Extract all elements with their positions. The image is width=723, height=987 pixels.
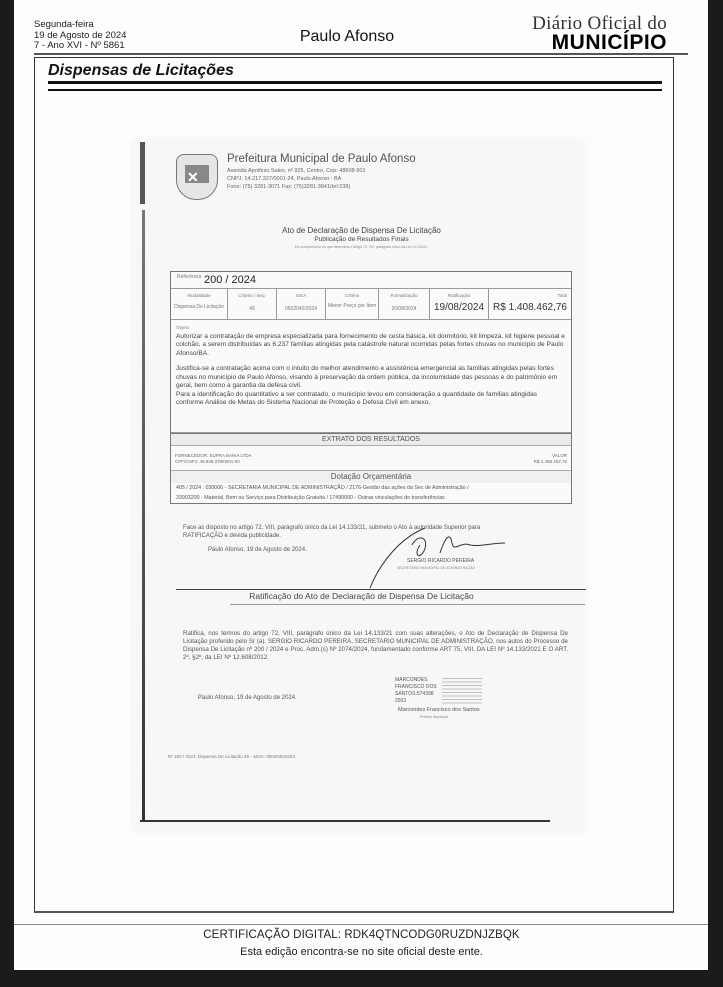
ato-note: Em cumprimento ao que determina o Artigo… bbox=[0, 245, 723, 249]
referencia-row: Referência 200 / 2024 bbox=[171, 272, 571, 289]
col-modalidade: ModalidadeDispensa De Licitação bbox=[171, 289, 228, 319]
prefeitura-phone: Fone: (75) 3281-3071 Fax: (75)3281-3841(… bbox=[227, 184, 350, 190]
cpf-cnpj: CPF/CNPJ: 49.846.378/0001-00 bbox=[175, 459, 240, 464]
valor-label: VALOR bbox=[552, 453, 567, 458]
section-divider bbox=[48, 81, 662, 91]
justificativa-text-2: Para a identificação do quantitativo a s… bbox=[176, 391, 566, 408]
footer-divider bbox=[14, 924, 708, 925]
dispensa-table: Referência 200 / 2024 ModalidadeDispensa… bbox=[170, 271, 572, 434]
scan-edge bbox=[140, 820, 550, 822]
col-ratificacao: Ratificação19/08/2024 bbox=[430, 289, 489, 319]
place-date-2: Paulo Afonso, 19 de Agosto de 2024. bbox=[198, 694, 297, 702]
fornecedor-row: FORNECEDOR: SUPRA BAHIA LTDA CPF/CNPJ: 4… bbox=[171, 446, 571, 471]
prefeitura-cnpj: CNPJ: 14.217.327/0001-24, Paulo Afonso -… bbox=[227, 176, 341, 182]
extrato-title: EXTRATO DOS RESULTADOS bbox=[171, 434, 571, 446]
details-row: ModalidadeDispensa De Licitação Critério… bbox=[171, 289, 571, 320]
masthead-line2: MUNICÍPIO bbox=[532, 33, 667, 53]
ratifica-text: Ratifica, nos termos do artigo 72, VIII,… bbox=[183, 630, 568, 662]
ato-title: Ato de Declaração de Dispensa De Licitaç… bbox=[0, 226, 723, 235]
objeto-section: Objeto Autorizar a contratação de empres… bbox=[171, 320, 571, 433]
place-date-1: Paulo Afonso, 19 de Agosto de 2024. bbox=[208, 546, 307, 554]
objeto-text: Autorizar a contratação de empresa espec… bbox=[176, 333, 566, 359]
header-divider bbox=[34, 53, 688, 55]
divider bbox=[176, 589, 586, 590]
col-formalizacao: Formalização20/08/2024 bbox=[379, 289, 430, 319]
referencia-value: 200 / 2024 bbox=[204, 274, 256, 286]
mayor-role: Prefeito Municipal bbox=[420, 713, 448, 721]
col-criterio: CritérioMenor Preço por Item bbox=[326, 289, 379, 319]
referencia-label: Referência bbox=[177, 274, 201, 280]
digital-signature-stamp bbox=[442, 678, 482, 706]
digital-certification: CERTIFICAÇÃO DIGITAL: RDK4QTNCODG0RUZDNJ… bbox=[0, 929, 723, 941]
digital-signer: MARCONDES FRANCISCO DOS SANTOS:574398 25… bbox=[395, 677, 440, 705]
dotacao-line-1: 405 / 2024 : 030006 - SECRETARIA MUNICIP… bbox=[171, 483, 571, 493]
valor: R$ 1.408.462,76 bbox=[534, 459, 567, 464]
city-crest-icon: ✕ bbox=[176, 154, 218, 200]
scan-edge bbox=[140, 142, 145, 204]
scan-edge bbox=[142, 210, 145, 820]
signer-role: SECRETÁRIO MUNICIPAL DE ADMINISTRAÇÃO bbox=[397, 564, 475, 572]
footer-note: Esta edição encontra-se no site oficial … bbox=[0, 946, 723, 958]
prefeitura-address: Avenida Apolônio Sales, nº 925, Centro, … bbox=[227, 168, 366, 174]
section-title: Dispensas de Licitações bbox=[48, 62, 234, 80]
ratificacao-title: Ratificação do Ato de Declaração de Disp… bbox=[0, 591, 723, 601]
justificativa-text: Justifica-se a contratação acima com o i… bbox=[176, 365, 566, 391]
col-total: TotalR$ 1.408.462,76 bbox=[489, 289, 571, 319]
divider bbox=[230, 604, 585, 605]
fornecedor: FORNECEDOR: SUPRA BAHIA LTDA bbox=[175, 453, 252, 458]
col-sequencia: Critério / Seq.49 bbox=[228, 289, 277, 319]
masthead-logo: Diário Oficial do MUNICÍPIO bbox=[532, 14, 667, 53]
document-footnote: Nº 200 / 2024, Dispensa De Licitação 49 … bbox=[168, 754, 295, 759]
ato-subtitle: Publicação de Resultados Finais bbox=[0, 236, 723, 243]
col-siga: SIGA0502040/2024 bbox=[277, 289, 326, 319]
objeto-label: Objeto bbox=[176, 324, 566, 333]
extrato-box: EXTRATO DOS RESULTADOS FORNECEDOR: SUPRA… bbox=[170, 433, 572, 504]
dotacao-line-2: 33903200 - Material, Bem ou Serviço para… bbox=[171, 493, 571, 503]
dotacao-title: Dotação Orçamentária bbox=[171, 471, 571, 483]
prefeitura-name: Prefeitura Municipal de Paulo Afonso bbox=[227, 153, 416, 165]
